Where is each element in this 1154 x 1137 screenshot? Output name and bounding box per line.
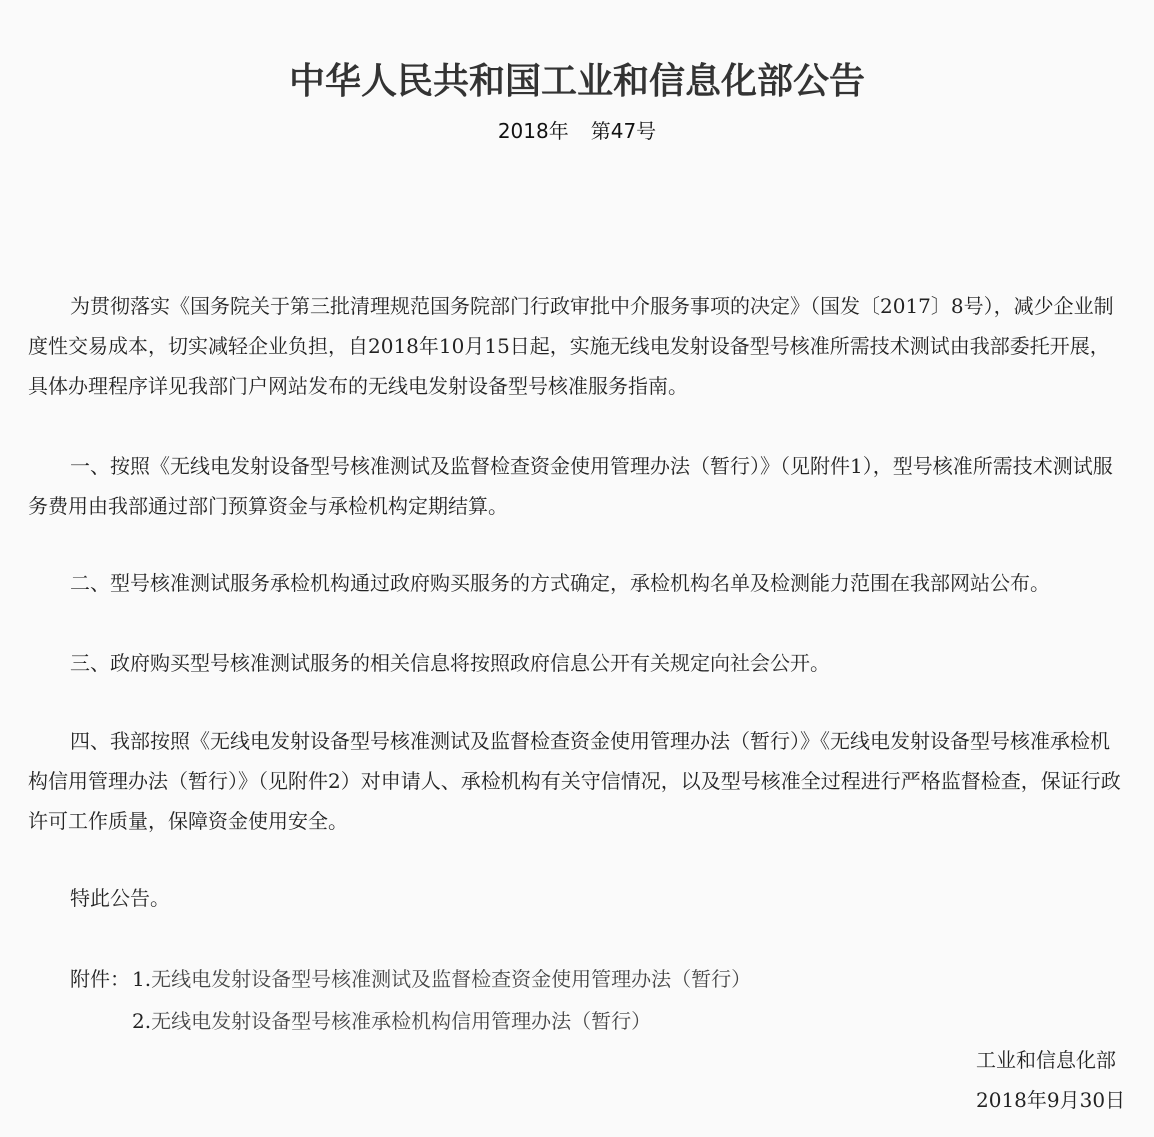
intro-text: 为贯彻落实《国务院关于第三批清理规范国务院部门行政审批中介服务事项的决定》（国发… bbox=[28, 286, 1126, 406]
signature-block: 工业和信息化部 2018年9月30日 bbox=[976, 1040, 1125, 1120]
attachment-number: 1. bbox=[132, 958, 151, 1000]
issuer-name: 工业和信息化部 bbox=[976, 1040, 1125, 1080]
item-three-paragraph: 三、政府购买型号核准测试服务的相关信息将按照政府信息公开有关规定向社会公开。 bbox=[28, 643, 1126, 683]
document-year: 2018年 bbox=[498, 119, 569, 143]
attachment-item-1[interactable]: 附件：1.无线电发射设备型号核准测试及监督检查资金使用管理办法（暂行） bbox=[70, 958, 751, 1000]
item-one-paragraph: 一、按照《无线电发射设备型号核准测试及监督检查资金使用管理办法（暂行）》（见附件… bbox=[28, 446, 1126, 526]
document-number: 2018年第47号 bbox=[0, 116, 1154, 146]
closing-text: 特此公告。 bbox=[28, 878, 1126, 918]
attachments-list: 附件：1.无线电发射设备型号核准测试及监督检查资金使用管理办法（暂行） 2.无线… bbox=[70, 958, 751, 1042]
closing-paragraph: 特此公告。 bbox=[28, 878, 1126, 918]
issue-date: 2018年9月30日 bbox=[976, 1080, 1125, 1120]
item-two-text: 二、型号核准测试服务承检机构通过政府购买服务的方式确定，承检机构名单及检测能力范… bbox=[28, 563, 1126, 603]
attachment-number: 2. bbox=[132, 1000, 151, 1042]
item-four-paragraph: 四、我部按照《无线电发射设备型号核准测试及监督检查资金使用管理办法（暂行）》《无… bbox=[28, 721, 1126, 841]
attachments-label: 附件： bbox=[70, 958, 132, 1000]
item-two-paragraph: 二、型号核准测试服务承检机构通过政府购买服务的方式确定，承检机构名单及检测能力范… bbox=[28, 563, 1126, 603]
intro-paragraph: 为贯彻落实《国务院关于第三批清理规范国务院部门行政审批中介服务事项的决定》（国发… bbox=[28, 286, 1126, 406]
item-one-text: 一、按照《无线电发射设备型号核准测试及监督检查资金使用管理办法（暂行）》（见附件… bbox=[28, 446, 1126, 526]
attachment-link[interactable]: 无线电发射设备型号核准承检机构信用管理办法（暂行） bbox=[151, 1009, 651, 1033]
document-issue-number: 第47号 bbox=[591, 119, 656, 143]
attachment-link[interactable]: 无线电发射设备型号核准测试及监督检查资金使用管理办法（暂行） bbox=[151, 967, 751, 991]
item-four-text: 四、我部按照《无线电发射设备型号核准测试及监督检查资金使用管理办法（暂行）》《无… bbox=[28, 721, 1126, 841]
item-three-text: 三、政府购买型号核准测试服务的相关信息将按照政府信息公开有关规定向社会公开。 bbox=[28, 643, 1126, 683]
attachment-item-2[interactable]: 2.无线电发射设备型号核准承检机构信用管理办法（暂行） bbox=[70, 1000, 751, 1042]
page-title: 中华人民共和国工业和信息化部公告 bbox=[0, 56, 1154, 108]
